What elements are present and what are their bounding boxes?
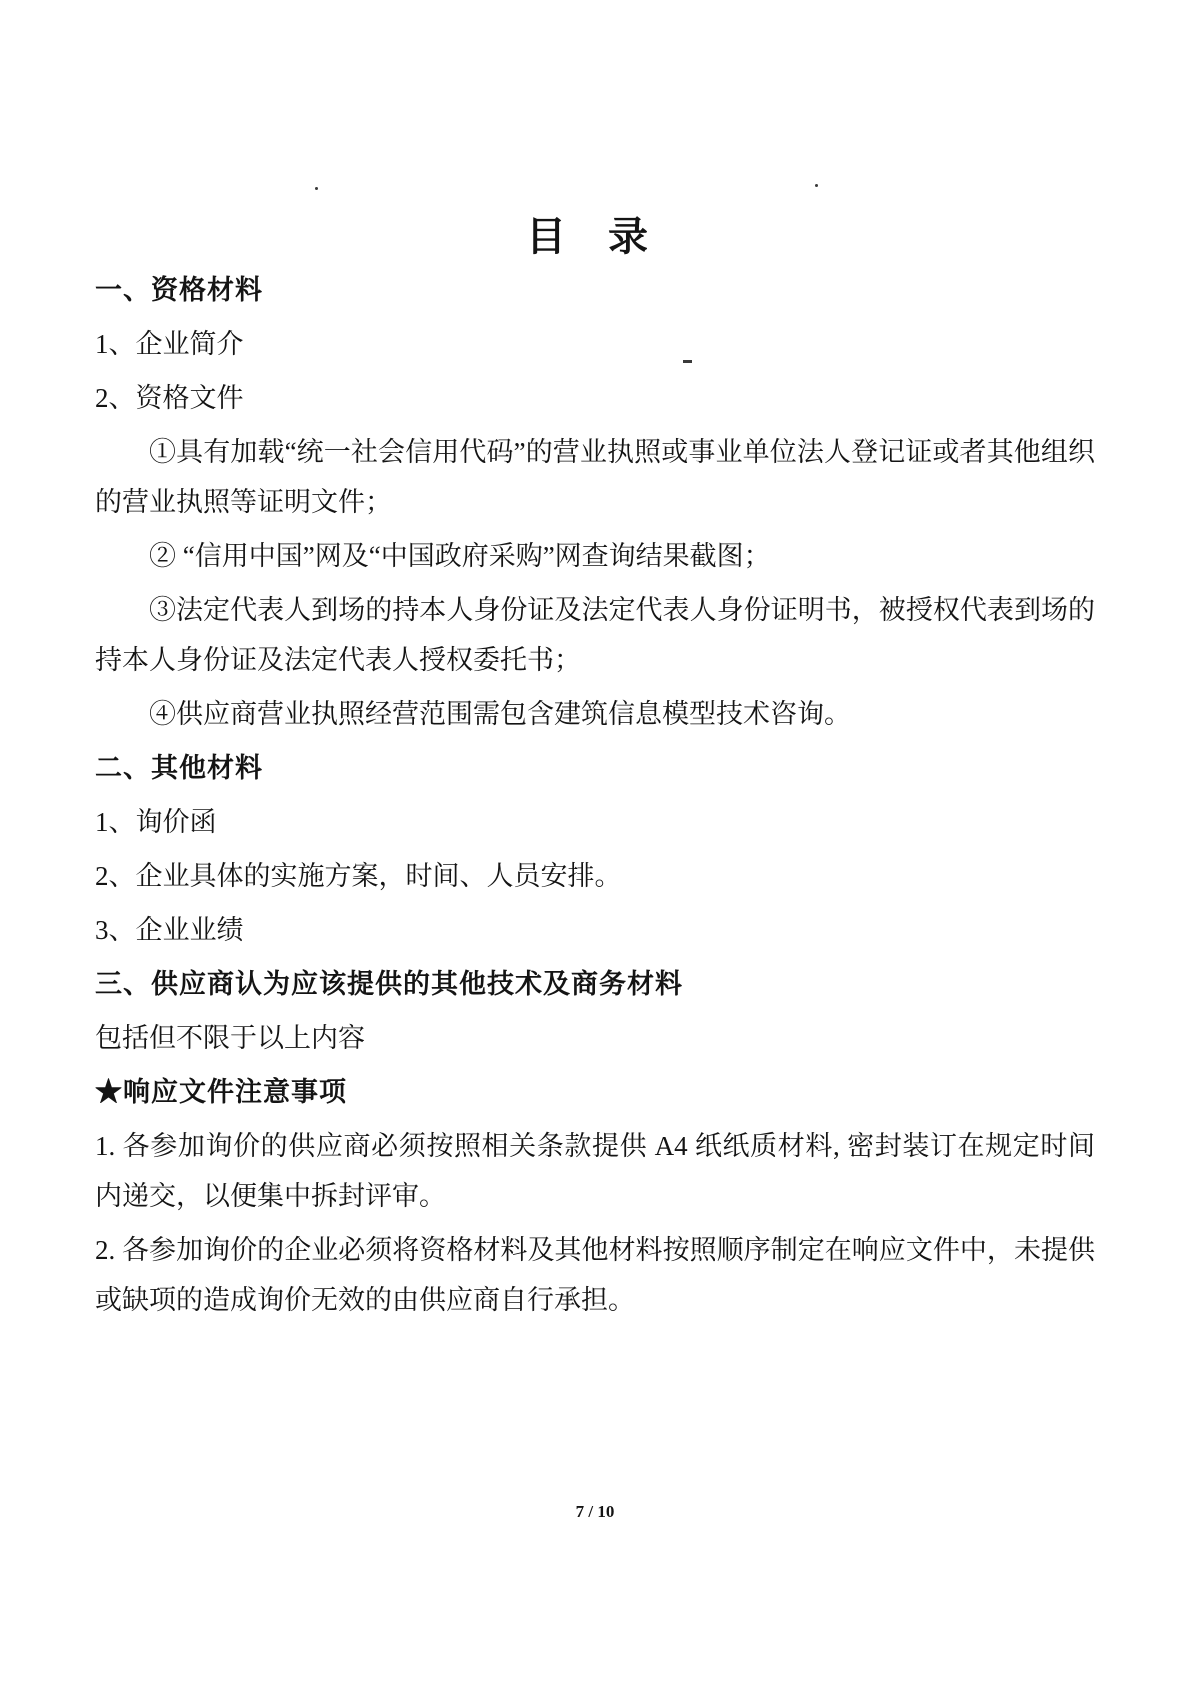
section-1-heading: 一、资格材料: [95, 265, 1095, 315]
section-2-heading: 二、其他材料: [95, 743, 1095, 793]
document-content: 目 录 一、资格材料 1、企业简介 2、资格文件 ①具有加载“统一社会信用代码”…: [0, 0, 1190, 1325]
toc-item-inquiry-letter: 1、询价函: [95, 797, 1095, 847]
section-3-heading: 三、供应商认为应该提供的其他技术及商务材料: [95, 959, 1095, 1009]
toc-item-company-profile: 1、企业简介: [95, 319, 1095, 369]
section-3-note: 包括但不限于以上内容: [95, 1013, 1095, 1063]
scan-artifact-dot: [315, 187, 318, 190]
qualification-clause-2: ② “信用中国”网及“中国政府采购”网查询结果截图；: [95, 531, 1095, 581]
qualification-clause-4: ④供应商营业执照经营范围需包含建筑信息模型技术咨询。: [95, 689, 1095, 739]
notice-heading: ★响应文件注意事项: [95, 1067, 1095, 1117]
notice-paragraph-2: 2. 各参加询价的企业必须将资格材料及其他材料按照顺序制定在响应文件中，未提供或…: [95, 1225, 1095, 1325]
toc-title: 目 录: [95, 0, 1095, 261]
qualification-clause-1: ①具有加载“统一社会信用代码”的营业执照或事业单位法人登记证或者其他组织的营业执…: [95, 427, 1095, 527]
notice-paragraph-1: 1. 各参加询价的供应商必须按照相关条款提供 A4 纸纸质材料, 密封装订在规定…: [95, 1121, 1095, 1221]
page-number: 7 / 10: [0, 1502, 1190, 1522]
scan-artifact-dash: [683, 360, 692, 363]
qualification-clause-3: ③法定代表人到场的持本人身份证及法定代表人身份证明书，被授权代表到场的持本人身份…: [95, 585, 1095, 685]
document-page: 目 录 一、资格材料 1、企业简介 2、资格文件 ①具有加载“统一社会信用代码”…: [0, 0, 1190, 1684]
scan-artifact-dot: [815, 184, 818, 187]
toc-title-text: 目 录: [526, 214, 664, 259]
toc-item-company-performance: 3、企业业绩: [95, 905, 1095, 955]
toc-item-qualification-documents: 2、资格文件: [95, 373, 1095, 423]
toc-item-implementation-plan: 2、企业具体的实施方案，时间、人员安排。: [95, 851, 1095, 901]
